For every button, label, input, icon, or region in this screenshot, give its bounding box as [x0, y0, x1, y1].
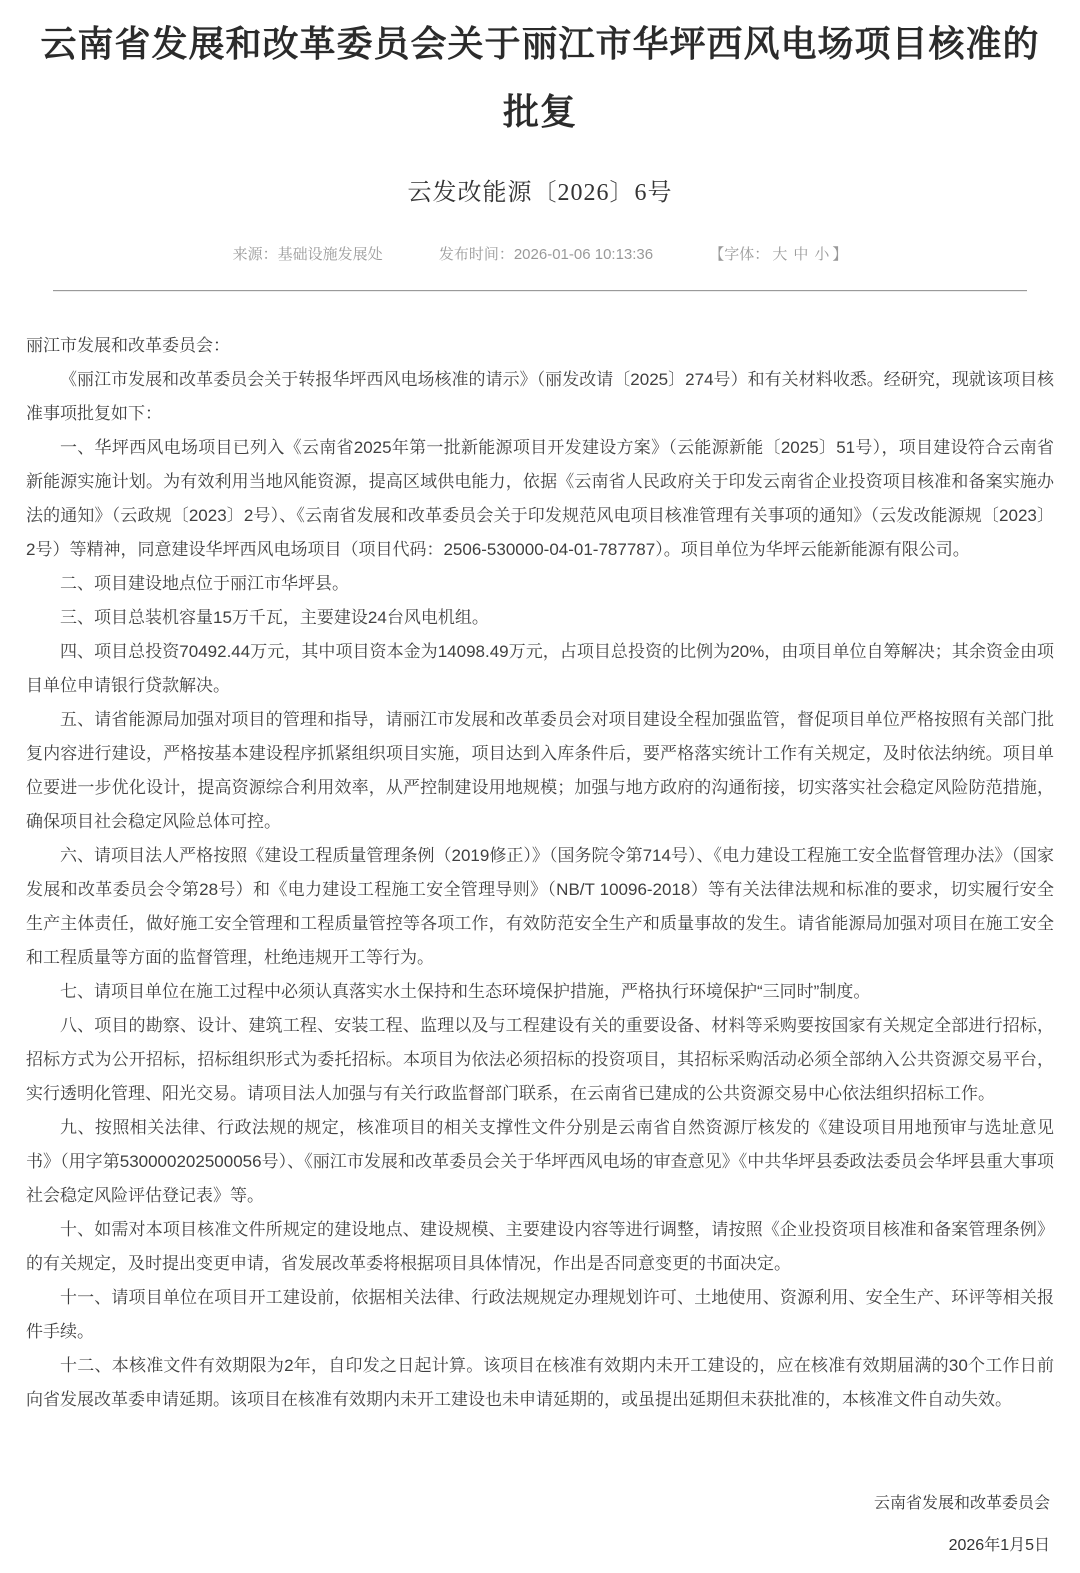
font-size-small-button[interactable]: 小	[814, 246, 829, 263]
item-6: 六、请项目法人严格按照《建设工程质量管理条例（2019修正）》（国务院令第714…	[26, 839, 1054, 975]
item-1: 一、华坪西风电场项目已列入《云南省2025年第一批新能源项目开发建设方案》（云能…	[26, 431, 1054, 567]
item-8: 八、项目的勘察、设计、建筑工程、安装工程、监理以及与工程建设有关的重要设备、材料…	[26, 1009, 1054, 1111]
salutation: 丽江市发展和改革委员会：	[26, 329, 1054, 363]
document-page: 云南省发展和改革委员会关于丽江市华坪西风电场项目核准的批复 云发改能源〔2026…	[0, 0, 1080, 1573]
document-body: 丽江市发展和改革委员会： 《丽江市发展和改革委员会关于转报华坪西风电场核准的请示…	[0, 329, 1080, 1417]
font-selector-prefix: 【字体：	[709, 246, 769, 263]
font-selector-suffix: 】	[832, 246, 847, 263]
source-meta: 来源：基础设施发展处	[233, 243, 383, 264]
item-5: 五、请省能源局加强对项目的管理和指导，请丽江市发展和改革委员会对项目建设全程加强…	[26, 703, 1054, 839]
publish-time-meta: 发布时间：2026-01-06 10:13:36	[439, 243, 653, 264]
intro-paragraph: 《丽江市发展和改革委员会关于转报华坪西风电场核准的请示》（丽发改请〔2025〕2…	[26, 363, 1054, 431]
header-divider	[53, 290, 1027, 291]
publish-time-value: 2026-01-06 10:13:36	[514, 246, 653, 263]
item-4: 四、项目总投资70492.44万元，其中项目资本金为14098.49万元，占项目…	[26, 635, 1054, 703]
font-size-large-button[interactable]: 大	[772, 246, 787, 263]
font-size-selector: 【字体：大中小】	[709, 243, 847, 264]
item-10: 十、如需对本项目核准文件所规定的建设地点、建设规模、主要建设内容等进行调整，请按…	[26, 1213, 1054, 1281]
source-label: 来源：	[233, 246, 278, 263]
font-size-medium-button[interactable]: 中	[793, 246, 808, 263]
item-9: 九、按照相关法律、行政法规的规定，核准项目的相关支撑性文件分别是云南省自然资源厅…	[26, 1111, 1054, 1213]
source-value: 基础设施发展处	[278, 246, 383, 263]
item-7: 七、请项目单位在施工过程中必须认真落实水土保持和生态环境保护措施，严格执行环境保…	[26, 975, 1054, 1009]
document-footer: 云南省发展和改革委员会 2026年1月5日	[0, 1483, 1080, 1567]
document-number: 云发改能源〔2026〕6号	[28, 172, 1052, 207]
document-header: 云南省发展和改革委员会关于丽江市华坪西风电场项目核准的批复 云发改能源〔2026…	[0, 0, 1080, 291]
footer-signature: 云南省发展和改革委员会	[0, 1483, 1050, 1525]
footer-date: 2026年1月5日	[0, 1525, 1050, 1567]
page-title: 云南省发展和改革委员会关于丽江市华坪西风电场项目核准的批复	[28, 10, 1052, 146]
item-11: 十一、请项目单位在项目开工建设前，依据相关法律、行政法规规定办理规划许可、土地使…	[26, 1281, 1054, 1349]
item-3: 三、项目总装机容量15万千瓦，主要建设24台风电机组。	[26, 601, 1054, 635]
publish-time-label: 发布时间：	[439, 246, 514, 263]
meta-bar: 来源：基础设施发展处 发布时间：2026-01-06 10:13:36 【字体：…	[28, 243, 1052, 264]
item-12: 十二、本核准文件有效期限为2年，自印发之日起计算。该项目在核准有效期内未开工建设…	[26, 1349, 1054, 1417]
item-2: 二、项目建设地点位于丽江市华坪县。	[26, 567, 1054, 601]
